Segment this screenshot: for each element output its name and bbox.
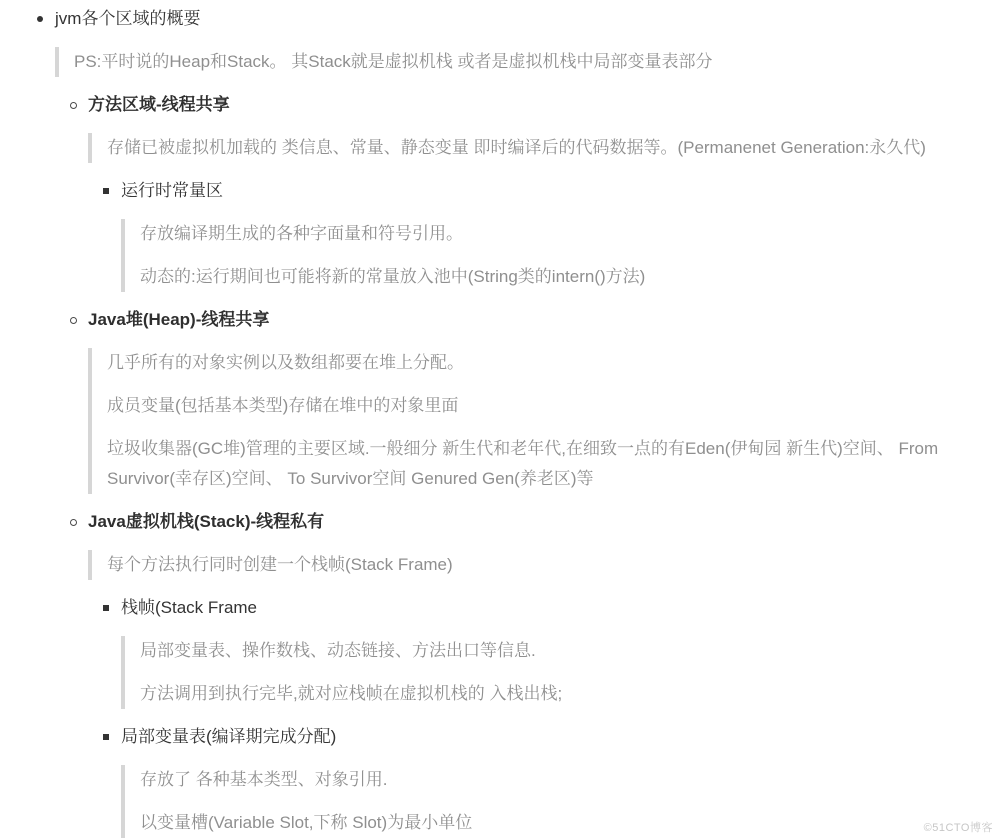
note-paragraph: 动态的:运行期间也可能将新的常量放入池中(String类的intern()方法): [140, 262, 988, 292]
subsection-children: 存放编译期生成的各种字面量和符号引用。 动态的:运行期间也可能将新的常量放入池中…: [121, 219, 988, 292]
outline-subsection-stack-frame: 栈帧(Stack Frame 局部变量表、操作数栈、动态链接、方法出口等信息. …: [88, 593, 988, 709]
section-note-blockquote: 存储已被虚拟机加载的 类信息、常量、静态变量 即时编译后的代码数据等。(Perm…: [88, 133, 988, 163]
square-bullet-icon: [88, 722, 121, 752]
note-paragraph: 存储已被虚拟机加载的 类信息、常量、静态变量 即时编译后的代码数据等。(Perm…: [107, 133, 988, 163]
outline-subsection-runtime-constant-pool: 运行时常量区 存放编译期生成的各种字面量和符号引用。 动态的:运行期间也可能将新…: [88, 176, 988, 292]
note-paragraph: 每个方法执行同时创建一个栈帧(Stack Frame): [107, 550, 988, 580]
note-paragraph: 几乎所有的对象实例以及数组都要在堆上分配。: [107, 348, 988, 378]
note-paragraph: PS:平时说的Heap和Stack。 其Stack就是虚拟机栈 或者是虚拟机栈中…: [74, 47, 988, 77]
outline-root-children: PS:平时说的Heap和Stack。 其Stack就是虚拟机栈 或者是虚拟机栈中…: [55, 47, 988, 838]
subsection-heading-row: 局部变量表(编译期完成分配): [88, 722, 988, 752]
watermark: ©51CTO博客: [924, 822, 993, 834]
section-heading-row: Java堆(Heap)-线程共享: [55, 305, 988, 335]
subsection-note-blockquote: 存放编译期生成的各种字面量和符号引用。 动态的:运行期间也可能将新的常量放入池中…: [121, 219, 988, 292]
section-children: 存储已被虚拟机加载的 类信息、常量、静态变量 即时编译后的代码数据等。(Perm…: [88, 133, 988, 292]
subsection-heading: 栈帧(Stack Frame: [121, 593, 988, 623]
section-heading: Java虚拟机栈(Stack)-线程私有: [88, 507, 988, 537]
subsection-note-blockquote: 局部变量表、操作数栈、动态链接、方法出口等信息. 方法调用到执行完毕,就对应栈帧…: [121, 636, 988, 709]
outline-section-method-area: 方法区域-线程共享 存储已被虚拟机加载的 类信息、常量、静态变量 即时编译后的代…: [55, 90, 988, 292]
subsection-heading-row: 运行时常量区: [88, 176, 988, 206]
note-paragraph: 垃圾收集器(GC堆)管理的主要区域.一般细分 新生代和老年代,在细致一点的有Ed…: [107, 434, 988, 494]
square-bullet-icon: [88, 176, 121, 206]
document-body: jvm各个区域的概要 PS:平时说的Heap和Stack。 其Stack就是虚拟…: [22, 4, 988, 838]
section-heading-row: 方法区域-线程共享: [55, 90, 988, 120]
note-paragraph: 存放了 各种基本类型、对象引用.: [140, 765, 988, 795]
disc-bullet-icon: [22, 4, 55, 34]
outline-section-java-heap: Java堆(Heap)-线程共享 几乎所有的对象实例以及数组都要在堆上分配。 成…: [55, 305, 988, 494]
note-paragraph: 方法调用到执行完毕,就对应栈帧在虚拟机栈的 入栈出栈;: [140, 679, 988, 709]
note-paragraph: 成员变量(包括基本类型)存储在堆中的对象里面: [107, 391, 988, 421]
subsection-heading: 运行时常量区: [121, 176, 988, 206]
outline-subsection-local-variable-table: 局部变量表(编译期完成分配) 存放了 各种基本类型、对象引用. 以变量槽(Var…: [88, 722, 988, 838]
note-paragraph: 存放编译期生成的各种字面量和符号引用。: [140, 219, 988, 249]
outline-root-label: jvm各个区域的概要: [55, 4, 988, 34]
circle-bullet-icon: [55, 305, 88, 335]
subsection-children: 局部变量表、操作数栈、动态链接、方法出口等信息. 方法调用到执行完毕,就对应栈帧…: [121, 636, 988, 709]
root-note-blockquote: PS:平时说的Heap和Stack。 其Stack就是虚拟机栈 或者是虚拟机栈中…: [55, 47, 988, 77]
section-children: 每个方法执行同时创建一个栈帧(Stack Frame) 栈帧(Stack Fra…: [88, 550, 988, 838]
subsection-note-blockquote: 存放了 各种基本类型、对象引用. 以变量槽(Variable Slot,下称 S…: [121, 765, 988, 838]
section-children: 几乎所有的对象实例以及数组都要在堆上分配。 成员变量(包括基本类型)存储在堆中的…: [88, 348, 988, 494]
section-heading: Java堆(Heap)-线程共享: [88, 305, 988, 335]
section-note-blockquote: 每个方法执行同时创建一个栈帧(Stack Frame): [88, 550, 988, 580]
note-paragraph: 以变量槽(Variable Slot,下称 Slot)为最小单位: [140, 808, 988, 838]
subsection-heading-row: 栈帧(Stack Frame: [88, 593, 988, 623]
outline-section-java-vm-stack: Java虚拟机栈(Stack)-线程私有 每个方法执行同时创建一个栈帧(Stac…: [55, 507, 988, 838]
section-heading: 方法区域-线程共享: [88, 90, 988, 120]
circle-bullet-icon: [55, 90, 88, 120]
outline-root-row: jvm各个区域的概要: [22, 4, 988, 34]
square-bullet-icon: [88, 593, 121, 623]
note-paragraph: 局部变量表、操作数栈、动态链接、方法出口等信息.: [140, 636, 988, 666]
circle-bullet-icon: [55, 507, 88, 537]
section-heading-row: Java虚拟机栈(Stack)-线程私有: [55, 507, 988, 537]
subsection-children: 存放了 各种基本类型、对象引用. 以变量槽(Variable Slot,下称 S…: [121, 765, 988, 838]
section-note-blockquote: 几乎所有的对象实例以及数组都要在堆上分配。 成员变量(包括基本类型)存储在堆中的…: [88, 348, 988, 494]
subsection-heading: 局部变量表(编译期完成分配): [121, 722, 988, 752]
outline-item-root: jvm各个区域的概要 PS:平时说的Heap和Stack。 其Stack就是虚拟…: [22, 4, 988, 838]
